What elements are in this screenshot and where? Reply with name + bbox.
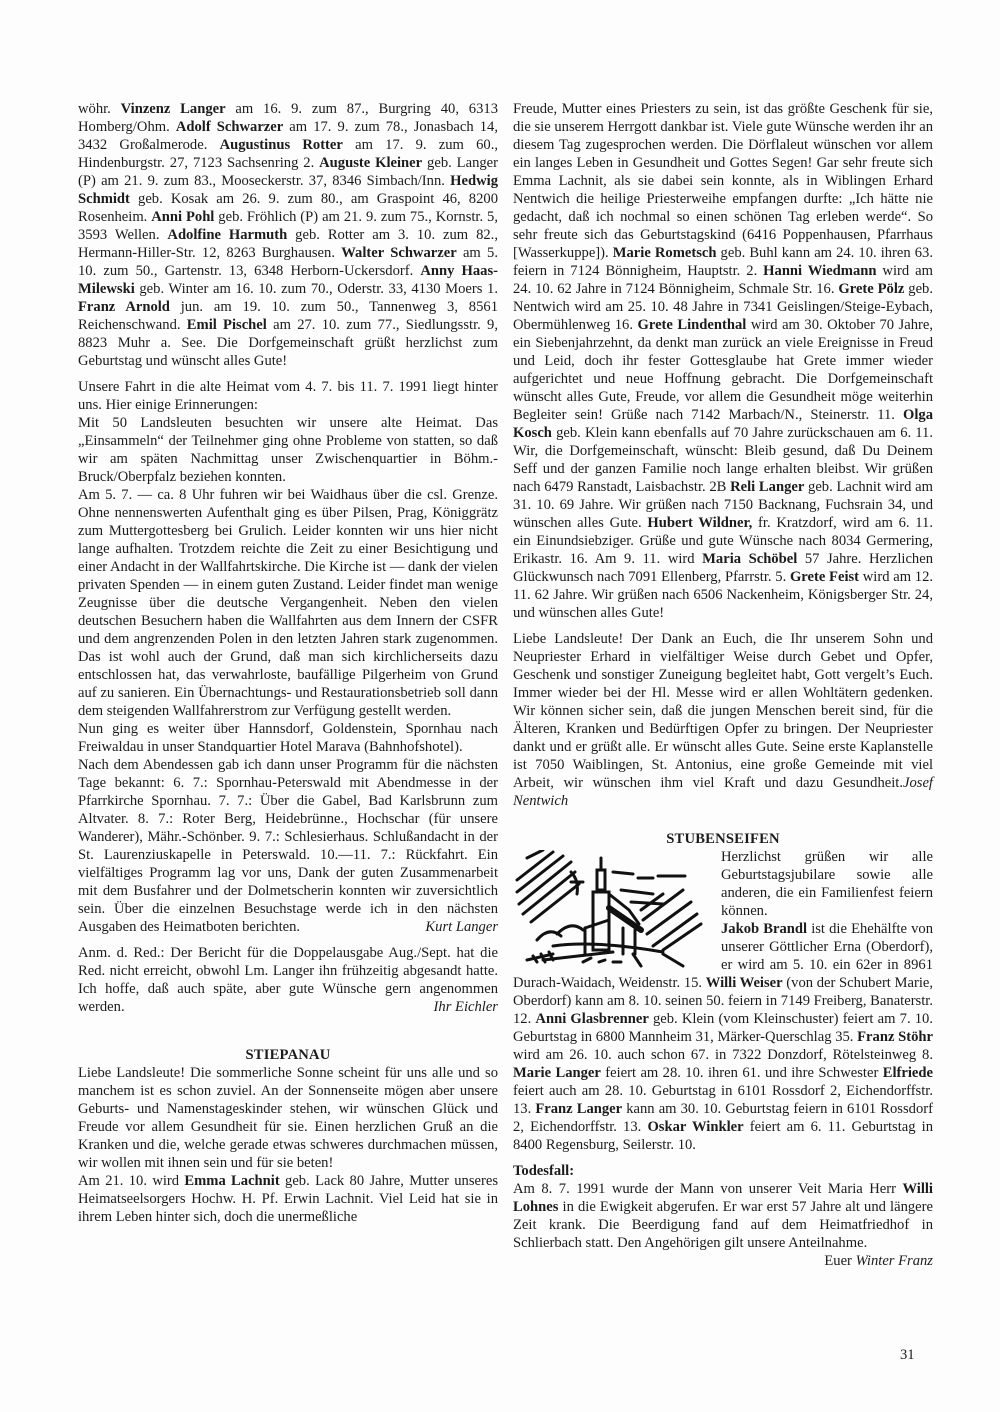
thanks-paragraph: Liebe Landsleute! Der Dank an Euch, die … [513, 630, 933, 810]
person-name: Emil Pischel [187, 317, 267, 333]
trip-report-paragraph: Nun ging es weiter über Hannsdorf, Golde… [78, 720, 498, 756]
stiepanau-continued-paragraph: Freude, Mutter eines Priesters zu sein, … [513, 100, 933, 622]
person-name: Emma Lachnit [184, 1173, 279, 1189]
trip-signature: Kurt Langer [425, 918, 498, 936]
person-name: Grete Feist [790, 569, 859, 585]
stiepanau-emma-paragraph: Am 21. 10. wird Emma Lachnit geb. Lack 8… [78, 1172, 498, 1226]
church-sketch-icon [513, 850, 713, 968]
church-sketch-illustration [513, 850, 713, 968]
person-name: Franz Arnold [78, 299, 170, 315]
person-name: Adolf Schwarzer [176, 119, 283, 135]
person-name: Willi Weiser [706, 975, 783, 991]
person-name: Elfriede [883, 1065, 933, 1081]
left-column: wöhr. Vinzenz Langer am 16. 9. zum 87., … [78, 100, 498, 1226]
person-name: Hanni Wiedmann [763, 263, 876, 279]
entry-text: feiert am 28. 10. ihren 61. und ihre Sch… [601, 1065, 883, 1081]
section-heading-stiepanau: STIEPANAU [78, 1046, 498, 1064]
death-signature: Euer Winter Franz [824, 1252, 933, 1270]
birthday-list-paragraph: wöhr. Vinzenz Langer am 16. 9. zum 87., … [78, 100, 498, 370]
person-name: Adolfine Harmuth [167, 227, 287, 243]
page-number: 31 [900, 1346, 915, 1364]
person-name: Vinzenz Langer [121, 101, 226, 117]
thanks-text: Liebe Landsleute! Der Dank an Euch, die … [513, 631, 933, 791]
trip-report-program: Nach dem Abendessen gab ich dann unser P… [78, 757, 498, 935]
stiepanau-continued-text: Freude, Mutter eines Priesters zu sein, … [513, 101, 933, 261]
entry-text: wird am 26. 10. auch schon 67. in 7322 D… [513, 1047, 933, 1063]
signature-name: Winter Franz [856, 1253, 933, 1269]
person-name: Marie Rometsch [613, 245, 717, 261]
person-name: Grete Lindenthal [638, 317, 747, 333]
person-name: Anni Pohl [151, 209, 214, 225]
trip-report-paragraph: Mit 50 Landsleuten besuchten wir unsere … [78, 414, 498, 486]
editor-signature: Ihr Eichler [434, 998, 498, 1016]
entry-text: Am 8. 7. 1991 wurde der Mann von unserer… [513, 1181, 902, 1197]
entry-text: in die Ewigkeit abgerufen. Er war erst 5… [513, 1199, 933, 1251]
entry-text: Am 21. 10. wird [78, 1173, 184, 1189]
person-name: Grete Pölz [838, 281, 904, 297]
person-name: Franz Stöhr [857, 1029, 933, 1045]
entry-text: geb. Winter am 16. 10. zum 70., Oderstr.… [135, 281, 498, 297]
right-column: Freude, Mutter eines Priesters zu sein, … [513, 100, 933, 1270]
person-name: Franz Langer [535, 1101, 622, 1117]
section-heading-stubenseifen: STUBENSEIFEN [513, 830, 933, 848]
newsletter-page: wöhr. Vinzenz Langer am 16. 9. zum 87., … [0, 0, 1000, 1412]
birthday-list-intro: wöhr. [78, 101, 111, 117]
death-notice-title: Todesfall: [513, 1162, 933, 1180]
trip-report-paragraph: Nach dem Abendessen gab ich dann unser P… [78, 756, 498, 936]
person-name: Reli Langer [730, 479, 804, 495]
trip-report-paragraph: Am 5. 7. — ca. 8 Uhr fuhren wir bei Waid… [78, 486, 498, 720]
person-name: Hubert Wildner, [647, 515, 752, 531]
person-name: Marie Langer [513, 1065, 601, 1081]
person-name: Augustinus Rotter [220, 137, 343, 153]
trip-report-intro: Unsere Fahrt in die alte Heimat vom 4. 7… [78, 378, 498, 414]
person-name: Oskar Winkler [647, 1119, 743, 1135]
signature-prefix: Euer [824, 1253, 855, 1269]
editor-note: Anm. d. Red.: Der Bericht für die Doppel… [78, 944, 498, 1016]
stiepanau-intro: Liebe Landsleute! Die sommerliche Sonne … [78, 1064, 498, 1172]
person-name: Walter Schwarzer [341, 245, 456, 261]
person-name: Anni Glasbrenner [535, 1011, 648, 1027]
person-name: Maria Schöbel [702, 551, 797, 567]
death-notice-text: Am 8. 7. 1991 wurde der Mann von unserer… [513, 1180, 933, 1252]
person-name: Jakob Brandl [721, 921, 807, 937]
person-name: Auguste Kleiner [319, 155, 422, 171]
